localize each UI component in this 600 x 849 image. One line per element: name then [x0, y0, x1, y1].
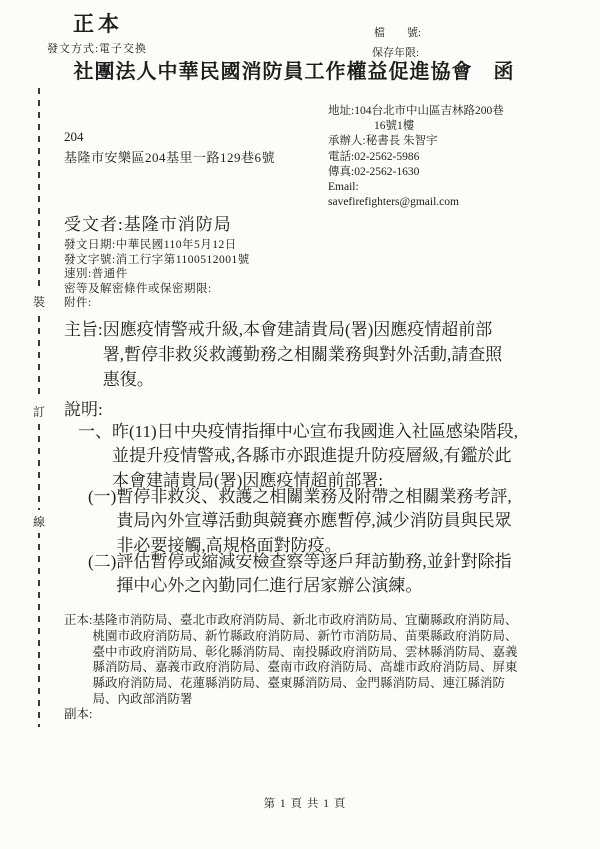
subitem-line: 暫停非救災、救護之相關業務及附帶之相關業務考評,: [116, 485, 511, 509]
item-text: 昨(11)日中央疫情指揮中心宣布我國進入社區感染階段, 並提升疫情警戒,各縣市亦…: [112, 420, 518, 493]
item-line: 並提升疫情警戒,各縣市亦跟進提升防疫層級,有鑑於此: [112, 444, 518, 468]
email-address: savefirefighters@gmail.com: [328, 195, 504, 210]
subject-line: 惠復。: [103, 368, 503, 393]
original-copy-recipients: 正本: 基隆市消防局、臺北市政府消防局、新北市政府消防局、宜蘭縣政府消防局、 桃…: [64, 613, 518, 708]
binding-mark-ding: 訂: [32, 400, 46, 423]
subject-label: 主旨:: [64, 318, 103, 392]
cc-line: 桃園市政府消防局、新竹縣政府消防局、新竹市消防局、苗栗縣政府消防局、: [92, 629, 517, 645]
explanation-label: 說明:: [64, 395, 103, 420]
document-meta-block: 發文日期:中華民國110年5月12日 發文字號:消工行字第1100512001號…: [64, 238, 250, 311]
recipient-postal-code: 204: [64, 129, 84, 145]
binding-mark-zhuang: 裝: [32, 290, 46, 313]
security-classification: 密等及解密條件或保密期限:: [64, 282, 250, 297]
subject-section: 主旨: 因應疫情警戒升級,本會建請貴局(署)因應疫情超前部 署,暫停非救災救護勤…: [64, 318, 502, 392]
original-copy-list: 基隆市消防局、臺北市政府消防局、新北市政府消防局、宜蘭縣政府消防局、 桃園市政府…: [92, 613, 517, 708]
attachment-label: 附件:: [64, 296, 250, 311]
subject-line: 因應疫情警戒升級,本會建請貴局(署)因應疫情超前部: [103, 318, 503, 343]
subitem-numeral: (二): [88, 550, 116, 599]
contact-person: 承辦人:秘書長 朱智宇: [328, 134, 504, 149]
explanation-item-1: 一、 昨(11)日中央疫情指揮中心宣布我國進入社區感染階段, 並提升疫情警戒,各…: [78, 420, 518, 493]
file-number-label: 檔 號:: [374, 24, 421, 40]
recipient-mailing-address: 基隆市安樂區204基里一路129巷6號: [64, 147, 275, 166]
sender-address-line: 地址:104台北市中山區吉林路200巷: [328, 104, 504, 119]
copy-type-label: 正本: [73, 8, 123, 38]
item-numeral: 一、: [78, 420, 112, 493]
sender-contact-block: 地址:104台北市中山區吉林路200巷 16號1樓 承辦人:秘書長 朱智宇 電話…: [328, 104, 504, 210]
fax-number: 傳真:02-2562-1630: [328, 165, 504, 180]
official-letter-page: 正本 發文方式:電子交換 檔 號: 保存年限: 社團法人中華民國消防員工作權益促…: [0, 0, 600, 849]
original-copy-label: 正本:: [64, 613, 92, 708]
item-line: 昨(11)日中央疫情指揮中心宣布我國進入社區感染階段,: [112, 420, 518, 444]
cc-line: 基隆市消防局、臺北市政府消防局、新北市政府消防局、宜蘭縣政府消防局、: [92, 613, 517, 629]
subitem-line: 揮中心外之內勤同仁進行居家辦公演練。: [116, 574, 511, 598]
cc-line: 臺中市政府消防局、彰化縣消防局、南投縣政府消防局、雲林縣消防局、嘉義: [92, 645, 517, 661]
cc-line: 縣消防局、嘉義市政府消防局、臺南市政府消防局、高雄市政府消防局、屏東: [92, 660, 517, 676]
document-title: 社團法人中華民國消防員工作權益促進協會 函: [0, 55, 588, 84]
subitem-line: 貴局內外宣導活動與競賽亦應暫停,減少消防員與民眾: [116, 509, 511, 533]
page-number-footer: 第 1 頁 共 1 頁: [0, 795, 600, 811]
cc-line: 縣政府消防局、花蓮縣消防局、臺東縣消防局、金門縣消防局、連江縣消防: [92, 676, 517, 692]
priority: 速別:普通件: [64, 267, 250, 282]
document-number: 發文字號:消工行字第1100512001號: [64, 253, 250, 268]
subitem-line: 評估暫停或縮減安檢查察等逐戶拜訪勤務,並針對除指: [116, 550, 511, 574]
subitem-numeral: (一): [88, 485, 116, 558]
issue-date: 發文日期:中華民國110年5月12日: [64, 238, 250, 253]
recipient-line: 受文者:基隆市消防局: [64, 210, 232, 235]
subitem-text: 評估暫停或縮減安檢查察等逐戶拜訪勤務,並針對除指 揮中心外之內勤同仁進行居家辦公…: [116, 550, 511, 599]
explanation-subitem-1: (一) 暫停非救災、救護之相關業務及附帶之相關業務考評, 貴局內外宣導活動與競賽…: [88, 485, 512, 558]
phone-number: 電話:02-2562-5986: [328, 150, 504, 165]
email-label: Email:: [328, 180, 504, 195]
subject-line: 署,暫停非救災救護勤務之相關業務與對外活動,請查照: [103, 343, 503, 368]
explanation-subitem-2: (二) 評估暫停或縮減安檢查察等逐戶拜訪勤務,並針對除指 揮中心外之內勤同仁進行…: [88, 550, 512, 599]
binding-mark-xian: 線: [32, 510, 46, 533]
duplicate-copy-label: 副本:: [64, 704, 92, 722]
delivery-method: 發文方式:電子交換: [47, 40, 147, 56]
cc-line: 局、內政部消防署: [92, 692, 517, 708]
sender-address-line: 16號1樓: [328, 119, 504, 134]
subitem-text: 暫停非救災、救護之相關業務及附帶之相關業務考評, 貴局內外宣導活動與競賽亦應暫停…: [116, 485, 511, 558]
subject-text: 因應疫情警戒升級,本會建請貴局(署)因應疫情超前部 署,暫停非救災救護勤務之相關…: [103, 318, 503, 392]
